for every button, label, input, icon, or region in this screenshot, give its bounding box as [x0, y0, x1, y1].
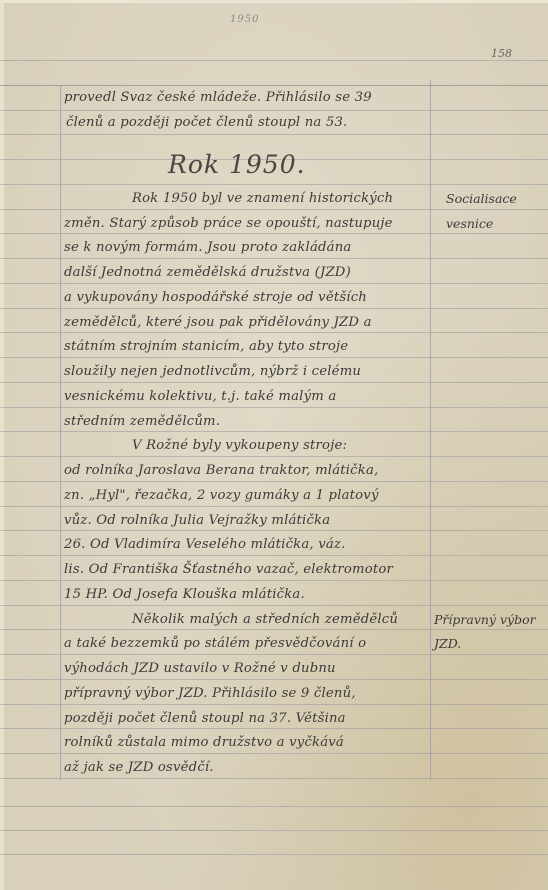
ruled-line: [0, 778, 548, 779]
margin-note-socialisace-cont: vesnice: [446, 216, 493, 231]
ruled-line: [0, 530, 548, 531]
text-line: a vykupovány hospodářské stroje od větší…: [64, 290, 367, 305]
ruled-line: [0, 382, 548, 383]
text-line: Několik malých a středních zemědělců: [132, 612, 398, 627]
text-line: výhodách JZD ustavilo v Rožné v dubnu: [64, 661, 336, 676]
text-line: lis. Od Františka Šťastného vazač, elekt…: [64, 562, 393, 577]
text-line: 15 HP. Od Josefa Klouška mlátička.: [64, 587, 305, 602]
ruled-line: [0, 481, 548, 482]
ruled-line-header: [0, 85, 548, 86]
text-line: další Jednotná zemědělská družstva (JZD): [64, 265, 351, 280]
margin-note-pripravny-vybor-cont: JZD.: [434, 636, 461, 651]
ruled-line: [0, 357, 548, 358]
text-line: provedl Svaz české mládeže. Přihlásilo s…: [64, 90, 372, 105]
left-margin-line: [60, 85, 61, 780]
text-line: vůz. Od rolníka Julia Vejražky mlátička: [64, 513, 330, 528]
ruled-line: [0, 134, 548, 135]
right-margin-line: [430, 80, 431, 780]
ruled-line: [0, 854, 548, 855]
text-line: V Rožné byly vykoupeny stroje:: [132, 438, 347, 453]
ruled-line: [0, 233, 548, 234]
text-line: státním strojním stanicím, aby tyto stro…: [64, 339, 348, 354]
margin-note-pripravny-vybor: Přípravný výbor: [434, 612, 536, 627]
text-line: od rolníka Jaroslava Berana traktor, mlá…: [64, 463, 378, 478]
text-line: rolníků zůstala mimo družstvo a vyčkává: [64, 735, 344, 750]
text-line: zn. „Hyl", řezačka, 2 vozy gumáky a 1 pl…: [64, 488, 379, 503]
ruled-line: [0, 407, 548, 408]
text-line: členů a později počet členů stoupl na 53…: [66, 115, 347, 130]
page-number: 158: [491, 47, 512, 60]
ruled-line: [0, 506, 548, 507]
ruled-line: [0, 110, 548, 111]
ruled-line: [0, 283, 548, 284]
text-line: se k novým formám. Jsou proto zakládána: [64, 240, 352, 255]
ruled-line: [0, 654, 548, 655]
ruled-line: [0, 704, 548, 705]
ruled-line: [0, 679, 548, 680]
text-line: později počet členů stoupl na 37. Většin…: [64, 711, 346, 726]
text-line: až jak se JZD osvědčí.: [64, 760, 214, 775]
ruled-line: [0, 258, 548, 259]
ruled-line: [0, 830, 548, 831]
margin-note-socialisace: Socialisace: [446, 191, 517, 206]
text-line: přípravný výbor JZD. Přihlásilo se 9 čle…: [64, 686, 356, 701]
ruled-line: [0, 605, 548, 606]
text-line: změn. Starý způsob práce se opouští, nas…: [64, 216, 393, 231]
year-heading: Rok 1950.: [168, 150, 306, 179]
ruled-line: [0, 431, 548, 432]
text-line: sloužily nejen jednotlivcům, nýbrž i cel…: [64, 364, 361, 379]
ruled-line: [0, 332, 548, 333]
text-line: zemědělců, které jsou pak přidělovány JZ…: [64, 315, 372, 330]
pencil-year-note: 1950: [230, 14, 259, 25]
text-line: Rok 1950 byl ve znamení historických: [132, 191, 393, 206]
chronicle-page: 1950 158 provedl Svaz české mládeže. Při…: [0, 0, 548, 890]
ruled-line: [0, 184, 548, 185]
ruled-line: [0, 629, 548, 630]
ruled-line: [0, 308, 548, 309]
page-edge-top: [0, 0, 548, 3]
ruled-line: [0, 555, 548, 556]
ruled-line: [0, 728, 548, 729]
text-line: a také bezzemků po stálém přesvědčování …: [64, 636, 366, 651]
ruled-line: [0, 806, 548, 807]
ruled-line: [0, 209, 548, 210]
text-line: 26. Od Vladimíra Veselého mlátička, váz.: [64, 537, 345, 552]
ruled-line: [0, 456, 548, 457]
ruled-line: [0, 580, 548, 581]
text-line: vesnickému kolektivu, t.j. také malým a: [64, 389, 336, 404]
ruled-line: [0, 753, 548, 754]
text-line: středním zemědělcům.: [64, 414, 220, 429]
ruled-line: [0, 60, 548, 61]
